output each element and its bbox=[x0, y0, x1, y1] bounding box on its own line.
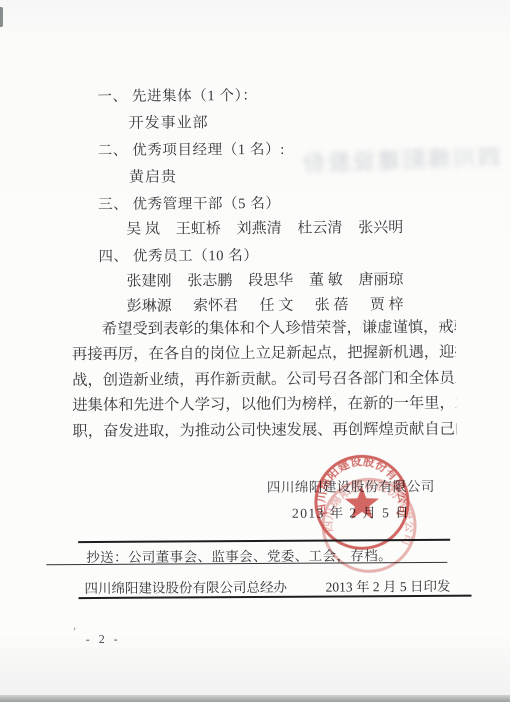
closing-paragraph: 希望受到表彰的集体和个人珍惜荣誉，谦虚谨慎，戒骄戒躁， 再接再厉，在各自的岗位上… bbox=[72, 315, 457, 444]
person-name: 张志鹏 bbox=[187, 269, 232, 290]
management-cadre-names: 吴 岚 王虹桥 刘燕清 杜云清 张兴明 bbox=[126, 216, 403, 239]
paragraph-line: 战，创造新业绩，再作新贡献。公司号召各部门和全体员工向先 bbox=[72, 366, 456, 394]
person-name: 吴 岚 bbox=[126, 218, 160, 239]
person-name: 张兴明 bbox=[358, 216, 403, 237]
scan-speck-artifact: ’ bbox=[73, 626, 77, 638]
award-heading-2: 二、 优秀项目经理（1 名）: bbox=[98, 138, 285, 160]
person-name: 董 敏 bbox=[309, 268, 343, 289]
scanner-edge-band bbox=[0, 695, 510, 702]
excellent-employee-names-row1: 张建刚 张志鹏 段思华 董 敏 唐丽琼 bbox=[127, 268, 404, 291]
paragraph-line: 进集体和先进个人学习，以他们为榜样，在新的一年里，立足本 bbox=[72, 391, 456, 419]
person-name: 张建刚 bbox=[127, 270, 172, 291]
award-heading-3: 三、 优秀管理干部（5 名） bbox=[98, 192, 281, 214]
person-name: 刘燕清 bbox=[237, 217, 282, 238]
excellent-employee-names-row2: 彭琳源 索怀君 任 文 张 蓓 贾 梓 bbox=[127, 293, 404, 316]
person-name: 王虹桥 bbox=[176, 217, 221, 238]
document-page: 四川绵阳建设股份 一、 先进集体（1 个）： 开发事业部 二、 优秀项目经理（1… bbox=[0, 0, 510, 702]
award-recipient-collective: 开发事业部 bbox=[129, 111, 209, 132]
person-name: 索怀君 bbox=[193, 294, 238, 315]
person-name: 彭琳源 bbox=[127, 295, 172, 316]
paragraph-line: 再接再厉，在各自的岗位上立足新起点，把握新机遇，迎接新挑 bbox=[72, 340, 456, 368]
issuing-office: 四川绵阳建设股份有限公司总经办 bbox=[84, 576, 287, 597]
award-heading-1: 一、 先进集体（1 个）： bbox=[97, 84, 257, 106]
page-number: - 2 - bbox=[86, 632, 121, 647]
issue-date: 2013 年 2 月 5 日印发 bbox=[325, 575, 450, 596]
person-name: 杜云清 bbox=[297, 216, 342, 237]
bleed-through-watermark: 四川绵阳建设股份 bbox=[299, 141, 500, 178]
paragraph-line: 希望受到表彰的集体和个人珍惜荣誉，谦虚谨慎，戒骄戒躁， bbox=[72, 315, 456, 343]
person-name: 任 文 bbox=[259, 294, 293, 315]
person-name: 唐丽琼 bbox=[358, 268, 403, 289]
award-heading-4: 四、 优秀员工（10 名） bbox=[98, 244, 258, 266]
person-name: 段思华 bbox=[248, 269, 293, 290]
award-recipient-manager: 黄启贵 bbox=[129, 165, 177, 186]
issue-line: 四川绵阳建设股份有限公司总经办 2013 年 2 月 5 日印发 bbox=[84, 575, 450, 597]
person-name: 张 蓓 bbox=[315, 293, 349, 314]
person-name: 贾 梓 bbox=[370, 293, 404, 314]
